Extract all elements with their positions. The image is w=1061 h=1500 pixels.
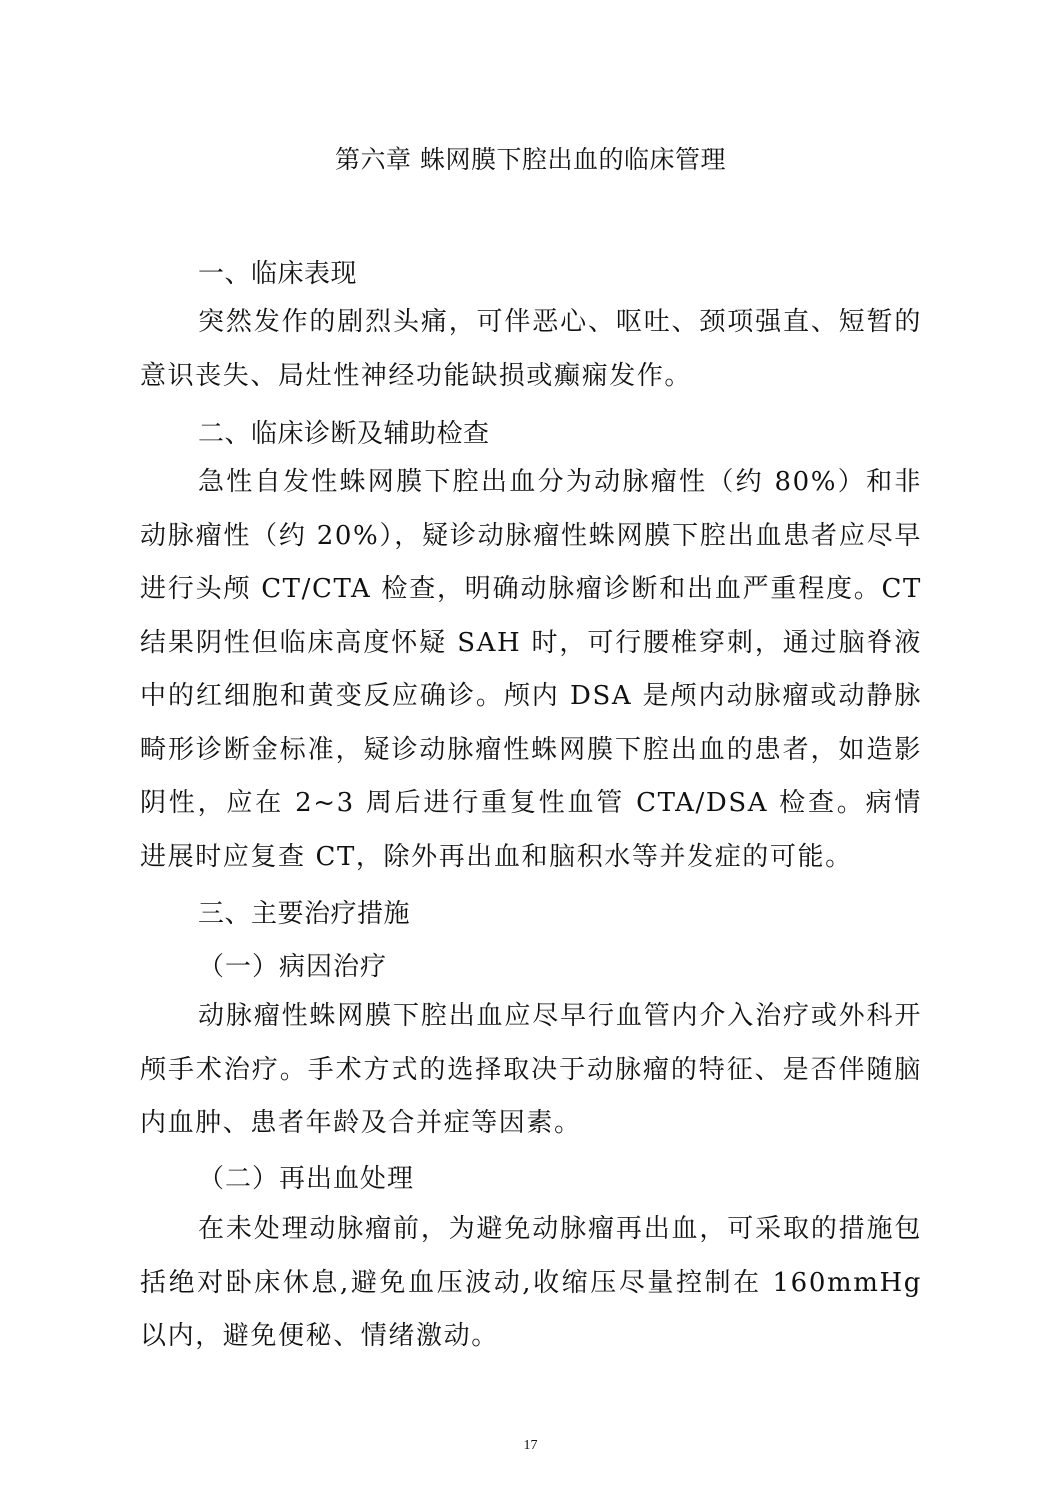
page-number: 17 [0,1438,1061,1454]
paragraph-diagnosis: 急性自发性蛛网膜下腔出血分为动脉瘤性（约 80%）和非动脉瘤性（约 20%），疑… [140,456,922,884]
paragraph-etiology-treatment: 动脉瘤性蛛网膜下腔出血应尽早行血管内介入治疗或外科开颅手术治疗。手术方式的选择取… [140,990,922,1151]
subsection-heading-rebleeding: （二）再出血处理 [198,1158,414,1195]
document-page: 第六章 蛛网膜下腔出血的临床管理 一、临床表现 突然发作的剧烈头痛，可伴恶心、呕… [0,0,1061,1500]
subsection-heading-etiology: （一）病因治疗 [198,946,387,983]
section-heading-treatment: 三、主要治疗措施 [198,893,410,930]
paragraph-rebleeding: 在未处理动脉瘤前，为避免动脉瘤再出血，可采取的措施包括绝对卧床休息,避免血压波动… [140,1203,922,1364]
chapter-title: 第六章 蛛网膜下腔出血的临床管理 [0,140,1061,176]
section-heading-diagnosis: 二、临床诊断及辅助检查 [198,413,490,450]
paragraph-clinical-presentation: 突然发作的剧烈头痛，可伴恶心、呕吐、颈项强直、短暂的意识丧失、局灶性神经功能缺损… [140,296,922,403]
section-heading-clinical-presentation: 一、临床表现 [198,253,357,290]
